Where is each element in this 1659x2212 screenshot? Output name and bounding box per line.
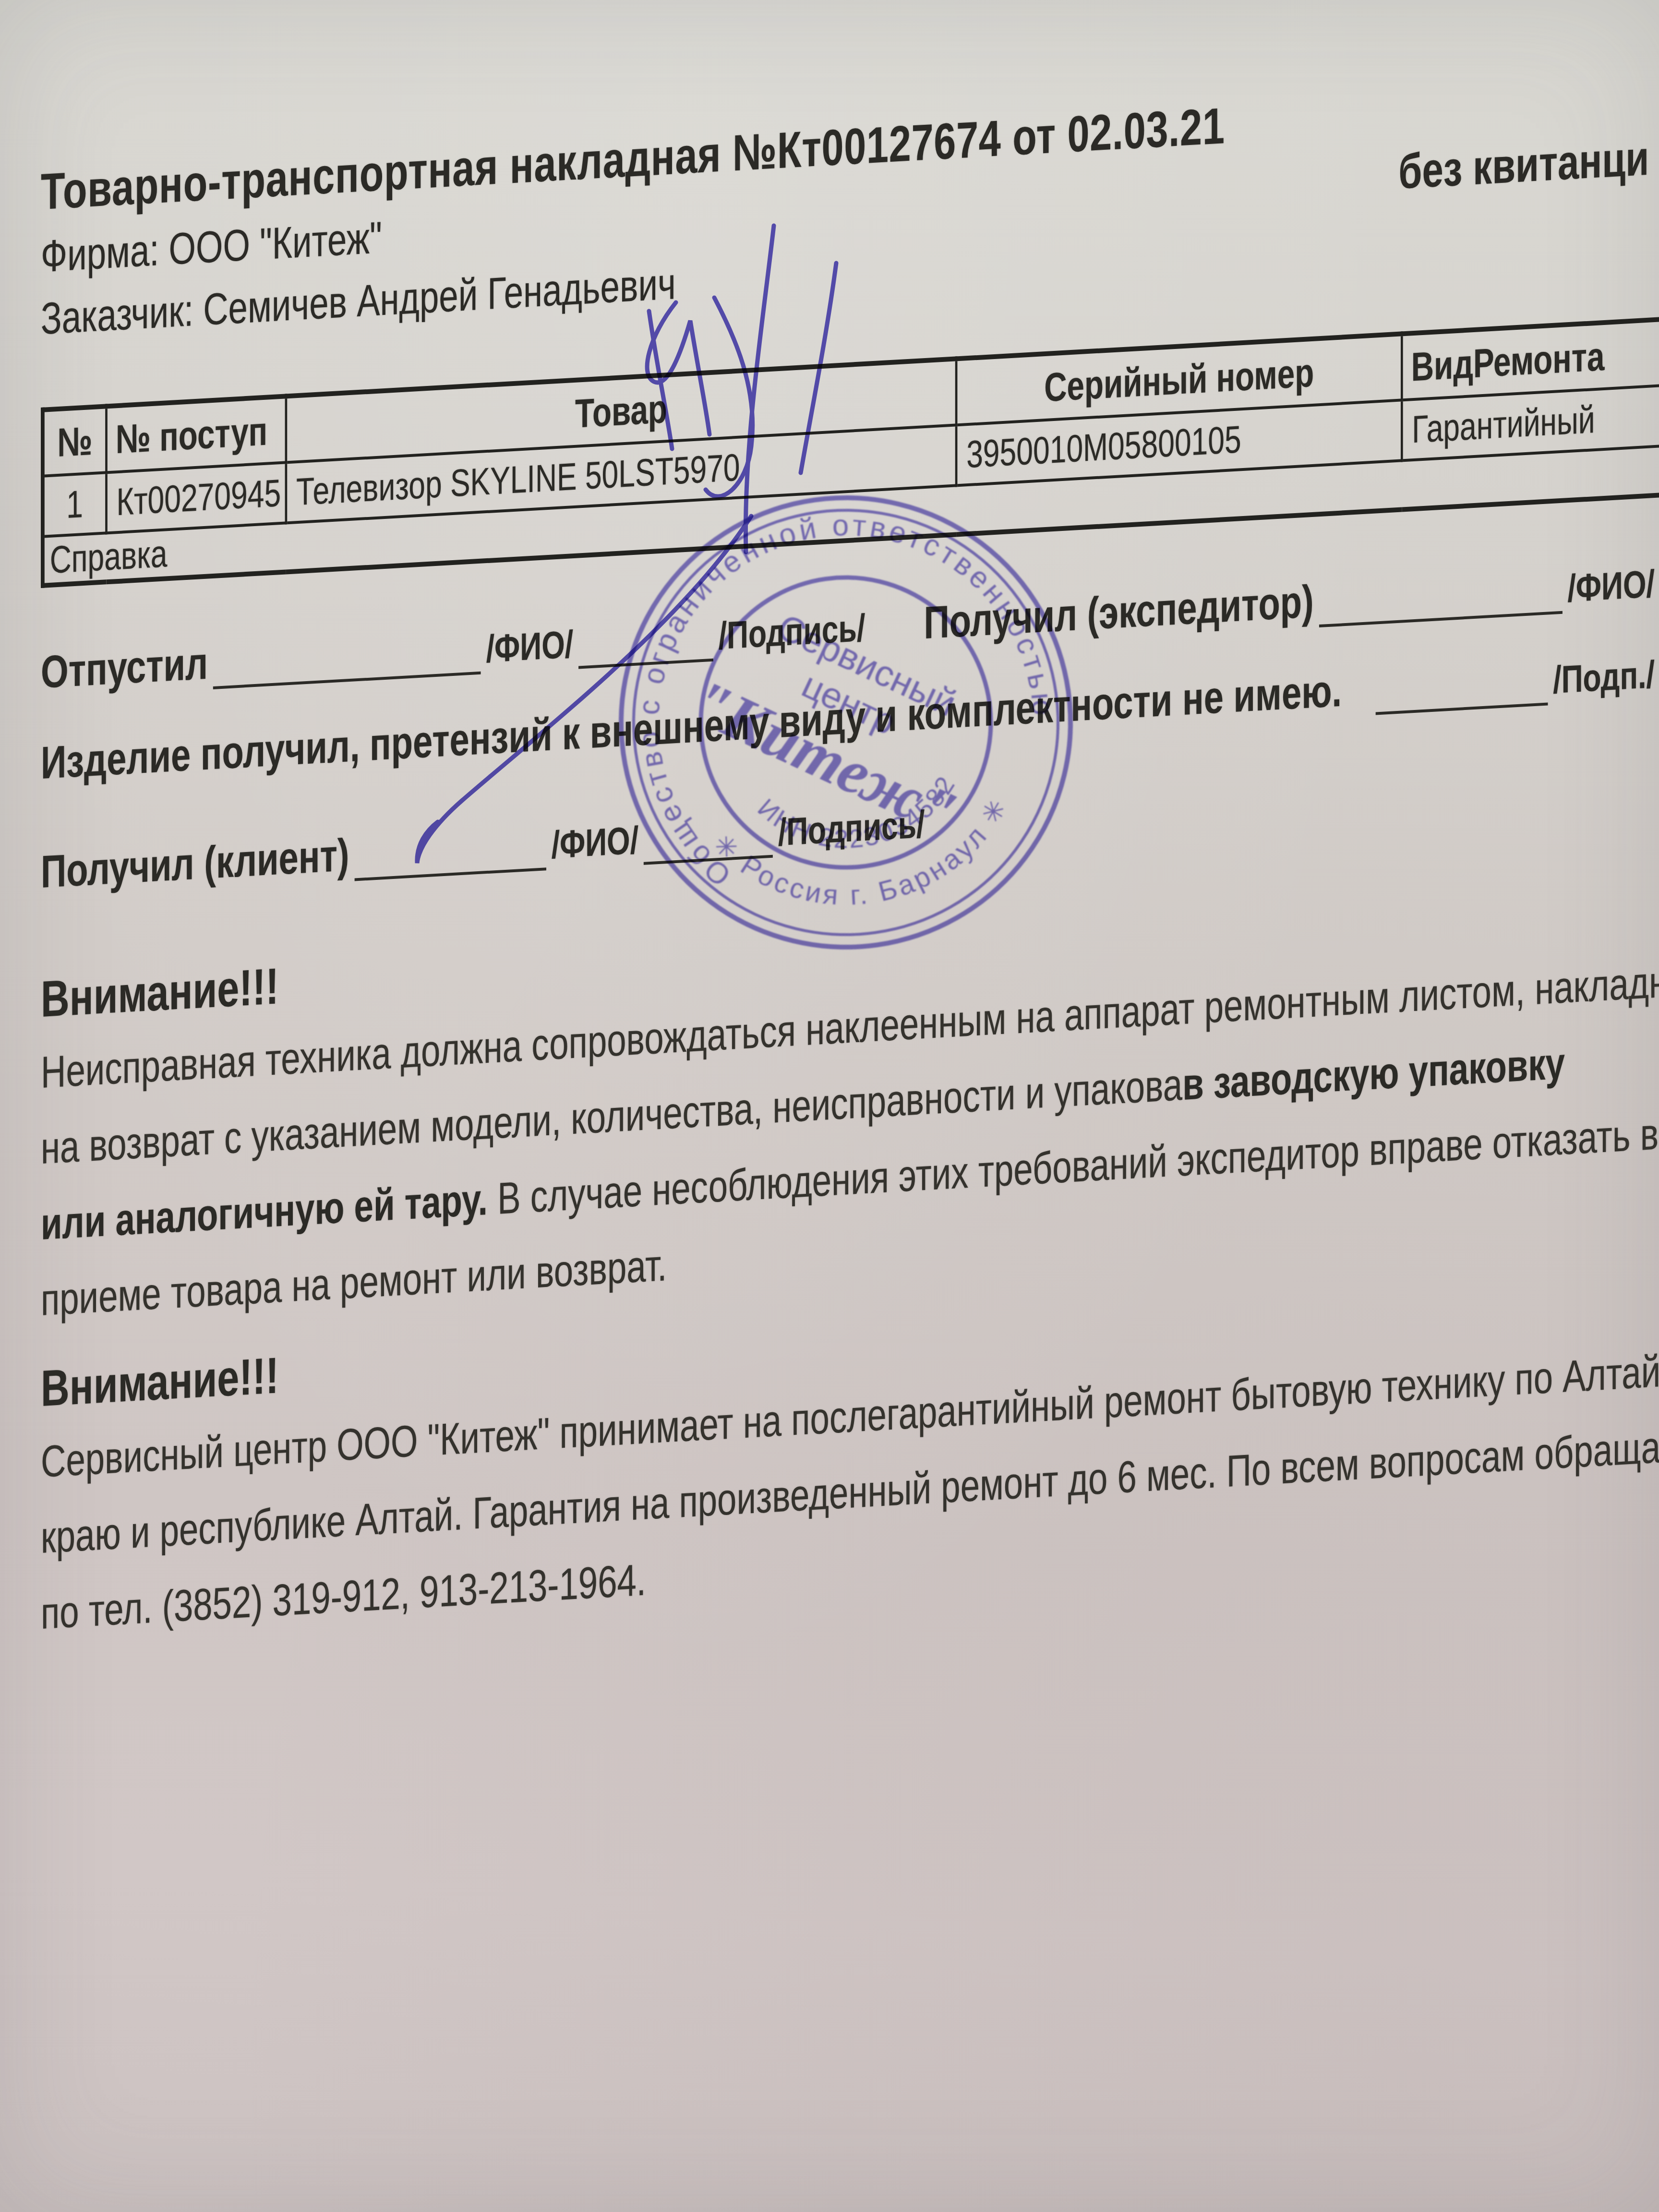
pen-stroke (801, 263, 836, 473)
photographed-waybill-document: Товарно-транспортная накладная №Кт001276… (0, 0, 1659, 2212)
pen-stroke (706, 298, 753, 496)
pen-signatures (0, 0, 1659, 2212)
client-signature-stroke (417, 516, 751, 863)
